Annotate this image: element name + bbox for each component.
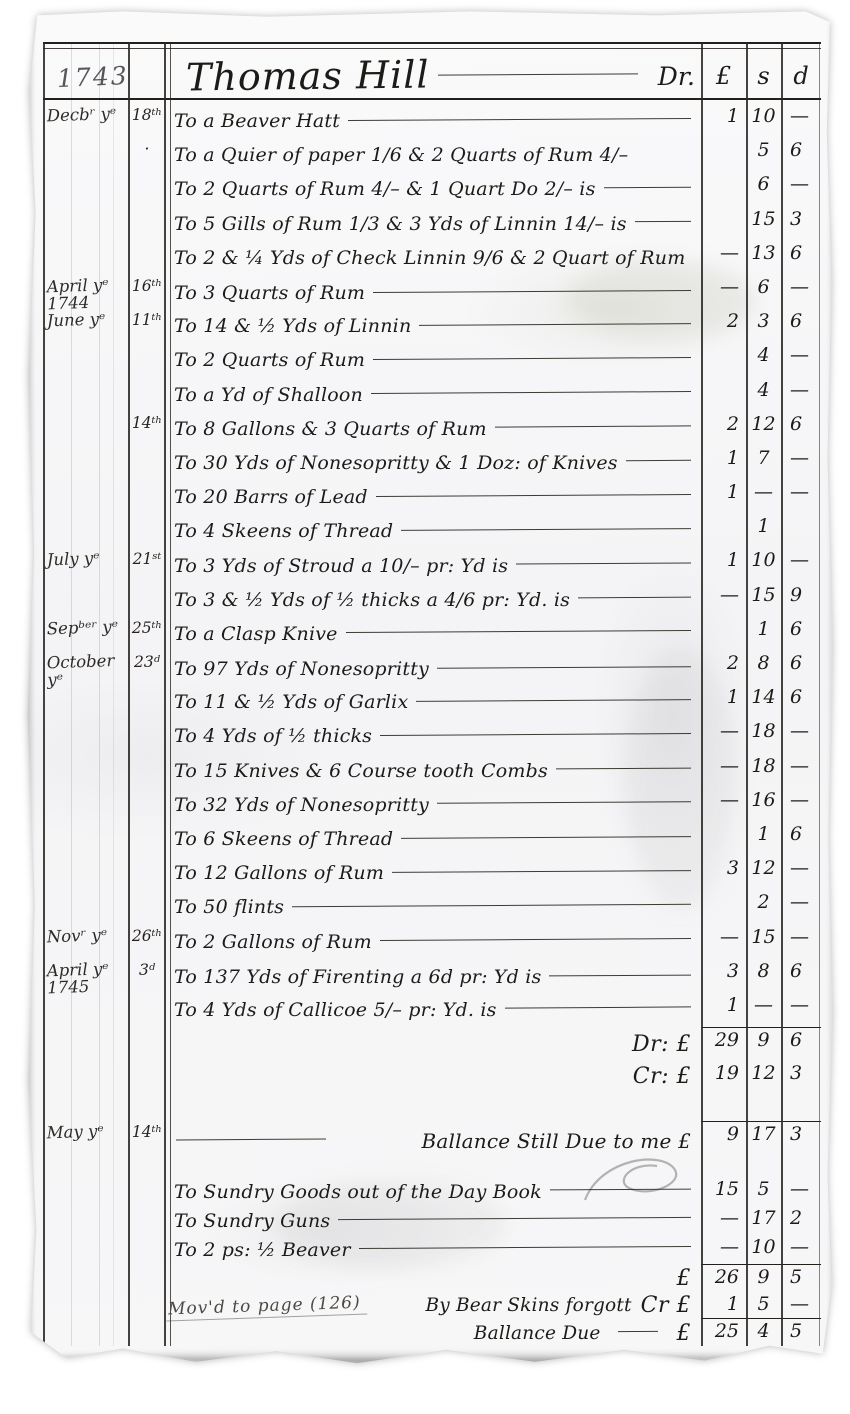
entry-description: To 3 Yds of Stroud a 10/– pr: Yd is — [166, 548, 701, 582]
dash-rule — [578, 597, 691, 599]
entry-description: To 15 Knives & 6 Course tooth Combs — [166, 754, 701, 788]
pence-cell: — — [781, 856, 821, 890]
dash-rule — [419, 323, 691, 326]
entry-text: To 4 Yds of Callicoe 5/– pr: Yd. is — [174, 999, 497, 1021]
day-cell: 3ᵈ — [128, 959, 166, 996]
dash-rule — [495, 426, 691, 428]
date-cell — [43, 1317, 129, 1350]
dash-rule — [401, 528, 691, 531]
margin-ruling — [99, 42, 100, 1346]
dash-rule — [416, 699, 691, 702]
pounds-cell: — — [701, 275, 746, 312]
ballance-due-cell: Ballance Due£ — [166, 1318, 701, 1348]
shillings-cell: 10 — [746, 548, 781, 582]
torn-edge-right — [827, 24, 834, 1339]
day-cell — [128, 207, 166, 241]
entry-description: To 3 Quarts of Rum — [166, 275, 701, 312]
day-cell — [128, 993, 166, 1027]
date-cell: April yᵉ 1745 — [42, 957, 128, 997]
pounds-cell: 26 — [701, 1264, 746, 1292]
entry-row: To 6 Skeens of Thread16 — [43, 822, 821, 856]
entry-description: To 2 & ¼ Yds of Check Linnin 9/6 & 2 Qua… — [166, 241, 701, 275]
pounds-cell — [701, 514, 746, 548]
entry-row: To 4 Yds of ½ thicks—18— — [43, 719, 821, 753]
date-cell — [42, 444, 128, 481]
shillings-cell: 10 — [746, 1235, 781, 1264]
dash-rule — [373, 290, 691, 293]
entry-row: To 2 Quarts of Rum4— — [43, 343, 821, 377]
pounds-cell: — — [701, 754, 746, 788]
pounds-cell — [701, 138, 746, 172]
entry-text: To 32 Yds of Nonesopritty — [174, 794, 429, 816]
entry-text: To a Beaver Hatt — [174, 110, 340, 132]
dash-rule — [438, 73, 638, 75]
pounds-cell: 1 — [701, 480, 746, 514]
entry-text: To a Yd of Shalloon — [174, 384, 363, 406]
entry-pounds-divider — [701, 42, 703, 1346]
dash-rule — [346, 630, 691, 633]
day-cell — [128, 343, 166, 377]
day-cell — [128, 172, 166, 206]
pounds-cell: 3 — [701, 959, 746, 996]
entry-row: June yᵉ11ᵗʰTo 14 & ½ Yds of Linnin236 — [43, 309, 821, 343]
entry-row: To 4 Skeens of Thread1 — [43, 514, 821, 548]
entry-row: Sepᵇᵉʳ yᵉ25ᵗʰTo a Clasp Knive16 — [43, 617, 821, 651]
pounds-cell: 1 — [701, 104, 746, 138]
entry-row: To a Yd of Shalloon4— — [43, 378, 821, 412]
entry-row: To 11 & ½ Yds of Garlix1146 — [43, 685, 821, 719]
entry-text: To 137 Yds of Firenting a 6d pr: Yd is — [174, 966, 541, 988]
dash-rule — [556, 768, 691, 770]
bear-skins-note: By Bear Skins forgott — [425, 1295, 631, 1316]
shillings-column-header: s — [746, 62, 781, 90]
scanned-ledger-document: 1743 Thomas Hill Dr. £ s d Decbʳ yᵉ18ᵗʰT… — [0, 0, 850, 1414]
entry-text: To 2 Quarts of Rum — [174, 349, 365, 371]
balance-row: May yᵉ14ᵗʰBallance Still Due to me £9173 — [43, 1121, 821, 1161]
year-label: 1743 — [42, 59, 166, 93]
day-cell — [128, 1292, 166, 1318]
pence-cell: — — [781, 378, 821, 412]
shillings-cell: 1 — [746, 514, 781, 548]
entry-text: To 2 ps: ½ Beaver — [174, 1239, 351, 1261]
shillings-cell: 15 — [746, 925, 781, 959]
pen-flourish — [571, 1148, 701, 1218]
entry-row: To 3 & ½ Yds of ½ thicks a 4/6 pr: Yd. i… — [43, 583, 821, 617]
dash-rule — [292, 904, 691, 907]
pence-cell: — — [781, 275, 821, 312]
entry-row: Novʳ yᵉ26ᵗʰTo 2 Gallons of Rum—15— — [43, 925, 821, 959]
ledger-header-row: 1743 Thomas Hill Dr. £ s d — [43, 42, 821, 104]
torn-edge-left — [26, 24, 35, 1339]
day-cell — [128, 788, 166, 822]
shillings-cell: 4 — [746, 378, 781, 412]
day-cell — [128, 754, 166, 788]
pence-cell: — — [781, 548, 821, 582]
day-cell: 14ᵗʰ — [128, 1121, 166, 1161]
day-cell — [128, 241, 166, 275]
day-cell — [128, 1177, 166, 1206]
total-row: Dr: £2996 — [43, 1027, 821, 1061]
entry-description: To 4 Skeens of Thread — [166, 514, 701, 548]
entry-text: To 20 Barrs of Lead — [174, 486, 368, 508]
entry-text: To 30 Yds of Nonesopritty & 1 Doz: of Kn… — [174, 452, 618, 474]
day-cell — [128, 856, 166, 890]
addendum-row: To Sundry Goods out of the Day Book155— — [43, 1177, 821, 1206]
pounds-cell: 1 — [701, 685, 746, 719]
account-holder-name: Thomas Hill — [186, 53, 430, 100]
dash-rule — [617, 1330, 657, 1331]
dash-rule — [176, 1138, 326, 1140]
shillings-cell: — — [746, 480, 781, 514]
day-cell — [128, 1318, 166, 1348]
entry-row: April yᵉ 17453ᵈTo 137 Yds of Firenting a… — [43, 959, 821, 993]
date-cell — [42, 889, 128, 926]
pounds-cell: 29 — [701, 1027, 746, 1061]
shillings-cell: 10 — [746, 104, 781, 138]
dash-rule — [626, 460, 691, 461]
day-cell — [128, 1061, 166, 1091]
day-cell: 25ᵗʰ — [128, 617, 166, 651]
day-cell: 11ᵗʰ — [128, 309, 166, 343]
entry-text: To 97 Yds of Nonesopritty — [174, 658, 429, 680]
day-cell — [128, 1027, 166, 1061]
entry-description: To 50 flints — [166, 890, 701, 924]
entry-text: To a Clasp Knive — [174, 623, 338, 645]
entry-description: To 5 Gills of Rum 1/3 & 3 Yds of Linnin … — [166, 207, 701, 241]
pence-cell: 6 — [781, 138, 821, 172]
entry-description: To 6 Skeens of Thread — [166, 822, 701, 856]
pence-cell: — — [781, 446, 821, 480]
pounds-cell: — — [701, 719, 746, 753]
dash-rule — [635, 221, 691, 222]
ballance-due-row: Ballance Due£2545 — [43, 1318, 821, 1348]
entry-text: To 12 Gallons of Rum — [174, 862, 384, 884]
pence-cell: 6 — [781, 241, 821, 275]
pence-cell: 6 — [781, 1027, 821, 1061]
day-cell — [128, 583, 166, 617]
entry-description: To 4 Yds of ½ thicks — [166, 719, 701, 753]
paper-sheet-wrap: 1743 Thomas Hill Dr. £ s d Decbʳ yᵉ18ᵗʰT… — [0, 0, 850, 1414]
entry-row: April yᵉ 174416ᵗʰTo 3 Quarts of Rum—6— — [43, 275, 821, 309]
pounds-cell: — — [701, 583, 746, 617]
day-cell — [128, 890, 166, 924]
pounds-cell: 1 — [701, 993, 746, 1027]
pence-cell: — — [781, 480, 821, 514]
account-title-cell: Thomas Hill Dr. — [166, 54, 701, 98]
date-cell — [42, 513, 128, 550]
pounds-cell: 2 — [701, 412, 746, 446]
shillings-cell: 8 — [746, 651, 781, 688]
shillings-cell: — — [746, 993, 781, 1027]
day-cell — [128, 378, 166, 412]
shillings-cell: 3 — [746, 309, 781, 343]
entry-row: To 4 Yds of Callicoe 5/– pr: Yd. is1—— — [43, 993, 821, 1027]
entry-row: ·To a Quier of paper 1/6 & 2 Quarts of R… — [43, 138, 821, 172]
day-cell — [128, 685, 166, 719]
pounds-cell: — — [701, 1235, 746, 1264]
shillings-cell: 7 — [746, 446, 781, 480]
pounds-column-header: £ — [701, 62, 746, 90]
table-right-border — [819, 42, 820, 1346]
credit-sign: Cr £ — [641, 1293, 691, 1318]
entry-row: July yᵉ21ˢᵗTo 3 Yds of Stroud a 10/– pr:… — [43, 548, 821, 582]
shillings-cell: 6 — [746, 275, 781, 312]
entry-text: To 2 Gallons of Rum — [174, 931, 372, 953]
entry-text: To 50 flints — [174, 896, 284, 918]
date-cell — [42, 684, 128, 721]
debit-label: Dr. — [658, 62, 695, 91]
pence-cell: — — [781, 890, 821, 924]
entry-text: To Sundry Guns — [174, 1210, 330, 1232]
pence-cell — [781, 514, 821, 548]
shillings-cell: 9 — [746, 1264, 781, 1292]
date-cell — [42, 410, 128, 447]
date-cell — [42, 820, 128, 857]
entry-row: To 20 Barrs of Lead1—— — [43, 480, 821, 514]
shillings-cell: 1 — [746, 617, 781, 651]
shillings-cell: 17 — [746, 1121, 781, 1161]
shillings-cell: 16 — [746, 788, 781, 822]
date-cell — [42, 855, 128, 892]
day-cell: 23ᵈ — [128, 651, 166, 688]
shillings-cell: 4 — [746, 343, 781, 377]
date-day-divider — [128, 42, 130, 1346]
entry-row: To 2 & ¼ Yds of Check Linnin 9/6 & 2 Qua… — [43, 241, 821, 275]
shillings-cell: 12 — [746, 1061, 781, 1091]
date-cell — [43, 1234, 129, 1266]
pence-cell: 6 — [781, 651, 821, 688]
torn-edge-bottom — [50, 1350, 801, 1364]
entry-description: To a Quier of paper 1/6 & 2 Quarts of Ru… — [166, 138, 701, 172]
dash-rule — [437, 802, 691, 805]
day-entry-divider-inner — [170, 42, 171, 1346]
date-cell — [42, 205, 128, 242]
shillings-cell: 14 — [746, 685, 781, 719]
entry-row: October yᵉ23ᵈTo 97 Yds of Nonesopritty28… — [43, 651, 821, 685]
date-cell — [43, 1263, 129, 1294]
entry-description: To 137 Yds of Firenting a 6d pr: Yd is — [166, 959, 701, 996]
date-cell — [43, 1205, 129, 1237]
dash-rule — [549, 974, 691, 976]
date-cell — [42, 752, 128, 789]
shillings-cell: 4 — [746, 1318, 781, 1348]
dash-rule — [380, 733, 691, 736]
paper-sheet: 1743 Thomas Hill Dr. £ s d Decbʳ yᵉ18ᵗʰT… — [26, 10, 834, 1366]
dash-rule — [604, 187, 691, 189]
entry-description: To 3 & ½ Yds of ½ thicks a 4/6 pr: Yd. i… — [166, 583, 701, 617]
date-cell — [43, 1176, 129, 1208]
pence-cell: 6 — [781, 822, 821, 856]
pounds-cell: — — [701, 1206, 746, 1235]
shillings-cell: 5 — [746, 1177, 781, 1206]
entry-text: To 5 Gills of Rum 1/3 & 3 Yds of Linnin … — [174, 213, 627, 235]
pounds-cell — [701, 378, 746, 412]
shillings-cell: 15 — [746, 207, 781, 241]
date-cell — [42, 1026, 128, 1063]
entry-description: To 20 Barrs of Lead — [166, 480, 701, 514]
pence-cell: 6 — [781, 617, 821, 651]
entry-description: To 11 & ½ Yds of Garlix — [166, 685, 701, 719]
entry-description: To 32 Yds of Nonesopritty — [166, 788, 701, 822]
date-cell — [42, 991, 128, 1028]
day-cell: 18ᵗʰ — [128, 104, 166, 138]
pence-cell: — — [781, 788, 821, 822]
entry-row: To 50 flints2— — [43, 890, 821, 924]
dash-rule — [392, 870, 691, 873]
date-cell — [42, 581, 128, 618]
pence-cell: — — [781, 754, 821, 788]
day-cell — [128, 446, 166, 480]
day-cell — [128, 514, 166, 548]
entry-row: To 12 Gallons of Rum312— — [43, 856, 821, 890]
pence-cell: — — [781, 343, 821, 377]
spacer-row — [43, 1091, 821, 1121]
shillings-cell: 18 — [746, 719, 781, 753]
sum-currency-sign: £ — [677, 1266, 692, 1291]
pounds-cell: 9 — [701, 1121, 746, 1161]
day-cell — [128, 480, 166, 514]
pence-cell: 3 — [781, 1121, 821, 1161]
entry-description: To 14 & ½ Yds of Linnin — [166, 309, 701, 343]
shillings-cell: 1 — [746, 822, 781, 856]
date-cell: July yᵉ — [42, 547, 128, 584]
pence-cell: 5 — [781, 1264, 821, 1292]
shillings-cell: 12 — [746, 856, 781, 890]
shillings-cell: 8 — [746, 959, 781, 996]
day-cell: 14ᵗʰ — [128, 412, 166, 446]
dash-rule — [505, 1007, 691, 1009]
ballance-due-label: Ballance Due — [474, 1323, 601, 1344]
pounds-cell: 1 — [701, 1292, 746, 1318]
date-cell — [42, 786, 128, 823]
date-cell — [43, 1291, 129, 1320]
total-label-cell: Cr: £ — [166, 1061, 701, 1091]
pence-cell: — — [781, 993, 821, 1027]
entry-text: To 4 Yds of ½ thicks — [174, 725, 372, 747]
shillings-cell: 18 — [746, 754, 781, 788]
pounds-cell — [701, 822, 746, 856]
entry-text: To 2 Quarts of Rum 4/– & 1 Quart Do 2/– … — [174, 178, 596, 200]
entry-text: To 11 & ½ Yds of Garlix — [174, 691, 408, 713]
date-cell — [42, 479, 128, 516]
entry-row: To 30 Yds of Nonesopritty & 1 Doz: of Kn… — [43, 446, 821, 480]
total-label-cell: Dr: £ — [166, 1027, 701, 1061]
shillings-cell: 9 — [746, 1027, 781, 1061]
entry-description: To a Yd of Shalloon — [166, 378, 701, 412]
entry-description: To 8 Gallons & 3 Quarts of Rum — [166, 412, 701, 446]
entry-description: To 2 Quarts of Rum 4/– & 1 Quart Do 2/– … — [166, 172, 701, 206]
entry-row: To 32 Yds of Nonesopritty—16— — [43, 788, 821, 822]
pence-cell: — — [781, 104, 821, 138]
entry-text: To 8 Gallons & 3 Quarts of Rum — [174, 418, 487, 440]
day-cell — [128, 822, 166, 856]
day-cell: · — [128, 138, 166, 172]
pence-cell: — — [781, 925, 821, 959]
pounds-cell: — — [701, 241, 746, 275]
pence-cell: 6 — [781, 309, 821, 343]
shillings-cell: 5 — [746, 1292, 781, 1318]
pence-cell: — — [781, 1177, 821, 1206]
shillings-cell: 6 — [746, 172, 781, 206]
total-row: Cr: £19123 — [43, 1061, 821, 1091]
date-cell — [43, 1060, 129, 1093]
pounds-cell — [701, 207, 746, 241]
shillings-cell: 13 — [746, 241, 781, 275]
entry-text: To 3 & ½ Yds of ½ thicks a 4/6 pr: Yd. i… — [174, 589, 570, 611]
entry-row: 14ᵗʰTo 8 Gallons & 3 Quarts of Rum2126 — [43, 412, 821, 446]
pence-cell: — — [781, 1292, 821, 1318]
entry-text: To 6 Skeens of Thread — [174, 828, 393, 850]
dash-rule — [376, 494, 691, 497]
spacer-row — [43, 1161, 821, 1177]
date-cell — [42, 718, 128, 755]
pounds-cell — [701, 343, 746, 377]
entry-description: To a Clasp Knive — [166, 617, 701, 651]
entry-row: To 5 Gills of Rum 1/3 & 3 Yds of Linnin … — [43, 207, 821, 241]
addendum-row: To Sundry Guns—172 — [43, 1206, 821, 1235]
day-cell: 16ᵗʰ — [128, 275, 166, 312]
entry-row: To 2 Quarts of Rum 4/– & 1 Quart Do 2/– … — [43, 172, 821, 206]
pounds-cell: 1 — [701, 446, 746, 480]
entry-description: To a Beaver Hatt — [166, 104, 701, 138]
entry-text: To 3 Quarts of Rum — [174, 282, 365, 304]
pounds-cell: — — [701, 788, 746, 822]
dash-rule — [359, 1246, 691, 1249]
dash-rule — [373, 357, 691, 360]
pence-column-header: d — [781, 62, 821, 90]
pounds-cell: 2 — [701, 309, 746, 343]
pounds-cell: 19 — [701, 1061, 746, 1091]
day-cell — [128, 1264, 166, 1292]
entry-text: To 2 & ¼ Yds of Check Linnin 9/6 & 2 Qua… — [174, 247, 685, 269]
shillings-cell: 15 — [746, 583, 781, 617]
pounds-cell: 3 — [701, 856, 746, 890]
date-cell: Decbʳ yᵉ — [42, 103, 128, 140]
margin-ruling — [113, 42, 114, 1346]
pounds-cell — [701, 617, 746, 651]
entry-text: To 4 Skeens of Thread — [174, 520, 393, 542]
entry-description: To 4 Yds of Callicoe 5/– pr: Yd. is — [166, 993, 701, 1027]
dash-rule — [437, 666, 691, 669]
pence-cell: 2 — [781, 1206, 821, 1235]
shillings-cell: 2 — [746, 890, 781, 924]
entry-text: To 3 Yds of Stroud a 10/– pr: Yd is — [174, 555, 508, 577]
pounds-cell — [701, 172, 746, 206]
day-cell — [128, 1235, 166, 1264]
ledger-rows: Decbʳ yᵉ18ᵗʰTo a Beaver Hatt110—·To a Qu… — [43, 104, 821, 1348]
day-cell — [128, 719, 166, 753]
entry-row: To 15 Knives & 6 Course tooth Combs—18— — [43, 754, 821, 788]
shillings-pence-divider — [781, 42, 783, 1346]
entry-description: To 30 Yds of Nonesopritty & 1 Doz: of Kn… — [166, 446, 701, 480]
date-cell: June yᵉ — [42, 308, 128, 345]
dash-rule — [401, 836, 691, 839]
entry-description: To 2 Quarts of Rum — [166, 343, 701, 377]
day-entry-divider-outer — [164, 42, 166, 1346]
pounds-shillings-divider — [746, 42, 748, 1346]
pence-cell: — — [781, 172, 821, 206]
pounds-cell: 15 — [701, 1177, 746, 1206]
table-left-border — [43, 42, 45, 1346]
date-cell: May yᵉ — [42, 1120, 128, 1163]
debit-total-label: Dr: £ — [632, 1032, 691, 1057]
dash-rule — [348, 118, 691, 121]
entry-text: To Sundry Goods out of the Day Book — [174, 1181, 542, 1203]
entry-text: To a Quier of paper 1/6 & 2 Quarts of Ru… — [174, 144, 628, 166]
pounds-cell: 25 — [701, 1318, 746, 1348]
pounds-cell — [701, 890, 746, 924]
pence-cell: 3 — [781, 207, 821, 241]
